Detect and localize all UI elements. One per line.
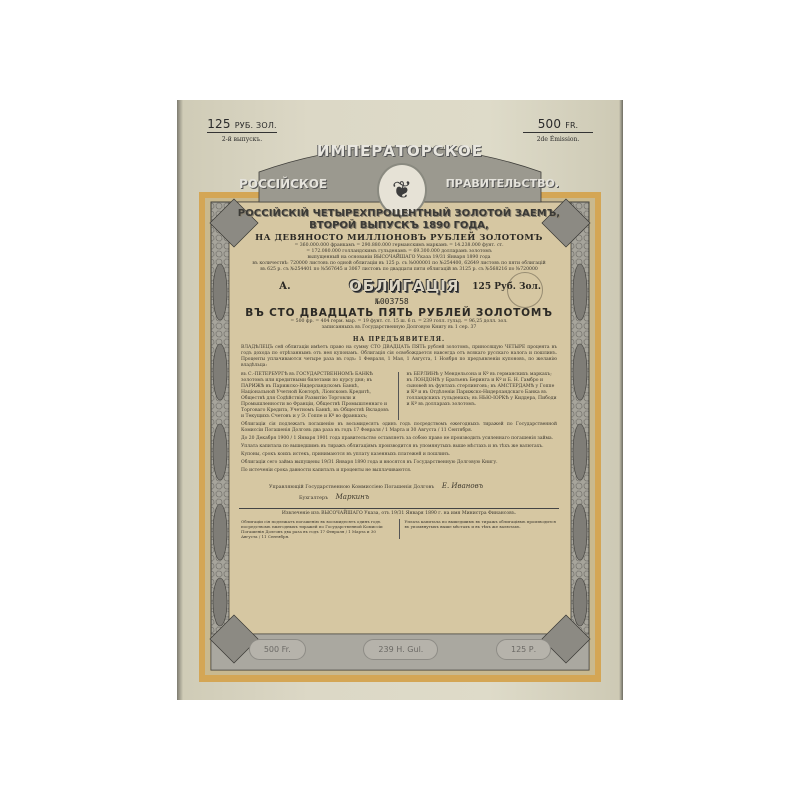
paying-agents-left: въ С.-ПЕТЕРБУРГѢ въ ГОСУДАРСТВЕННОМЪ БАН… [241,372,399,420]
manager-label: Управляющій Государственною Коммиссіею П… [269,485,434,490]
paying-agents-right: въ БЕРЛИНѢ у Мендельсона и Кº въ германс… [399,372,558,420]
terms-paragraph-6: По истеченіи срока давности капиталъ и п… [229,466,569,474]
amount-in-words: ВЪ СТО ДВАДЦАТЬ ПЯТЬ РУБЛЕЙ ЗОЛОТОМЪ [229,307,569,319]
arch-left-text: РОССІЙСКОЕ [239,177,327,191]
decree-extract-right: Уплата капитала по вышедшимъ въ тиражъ о… [400,519,558,539]
arch-right-text: ПРАВИТЕЛЬСТВО. [446,177,559,190]
header-arch: ИМПЕРАТОРСКОЕ РОССІЙСКОЕ ❦ ПРАВИТЕЛЬСТВО… [259,130,541,205]
bearer-heading: НА ПРЕДЪЯВИТЕЛЯ. [229,336,569,343]
manager-signature: Е. Ивановъ [442,482,483,490]
paying-agents: въ С.-ПЕТЕРБУРГѢ въ ГОСУДАРСТВЕННОМЪ БАН… [229,369,569,420]
photo-shadow-right [619,100,623,700]
terms-paragraph-5: Облигаціи сего займа выпущены 19/31 Янва… [229,458,569,466]
bottom-denom-center: 239 Н. Gul. [363,639,438,660]
numbering-line-2: въ 625 р. съ №254401 по №567645 и 3067 л… [229,267,569,273]
body-paragraph: ВЛАДѢЛЕЦЪ сей облигаціи имѣетъ право на … [229,343,569,369]
loan-title-line2: ВТОРОЙ ВЫПУСКЪ 1890 ГОДА, [229,220,569,231]
bottom-denom-right: 125 Р. [496,639,551,660]
loan-amount-heading: НА ДЕВЯНОСТО МИЛЛІОНОВЪ РУБЛЕЙ ЗОЛОТОМЪ [229,233,569,243]
arch-title: ИМПЕРАТОРСКОЕ [259,142,541,160]
bottom-denomination-band: 500 Fr. 239 Н. Gul. 125 Р. [220,633,580,665]
bottom-denom-left: 500 Fr. [249,639,306,660]
terms-paragraph-1: Облигаціи сія подлежатъ погашенію въ вос… [229,420,569,434]
obligation-title: ОБЛИГАЦІЯ [349,277,459,295]
cashier-label: Бухгалтеръ [299,496,328,501]
terms-paragraph-3: Уплата капитала по вышедшимъ въ тиражъ о… [229,442,569,450]
registered-note: записанныхъ въ Государственную Долговую … [229,325,569,331]
cashier-signature-line: Бухгалтеръ Маркинъ [229,490,569,501]
terms-paragraph-2: До 20 Декабря 1900 / 1 Января 1901 года … [229,434,569,442]
bond-body: РОССІЙСКІЙ ЧЕТЫРЕХПРОЦЕНТНЫЙ ЗОЛОТОЙ ЗАЕ… [229,202,569,541]
obligation-amount: 125 Руб. Зол. [472,282,541,292]
obligation-row: А. ОБЛИГАЦІЯ 125 Руб. Зол. [229,277,569,299]
photo-shadow-left [177,100,183,700]
manager-signature-line: Управляющій Государственною Коммиссіею П… [229,474,569,490]
divider [239,508,559,509]
decree-extract: Облигаціи сія подлежатъ погашенію въ вос… [229,517,569,541]
bond-photograph: 125 РУБ. ЗОЛ. 2-й выпускъ. 500 FR. 2de É… [177,100,623,700]
cashier-signature: Маркинъ [336,493,370,501]
decree-extract-left: Облигаціи сія подлежатъ погашенію въ вос… [241,519,400,539]
series-letter: А. [279,281,291,292]
terms-paragraph-4: Купоны, срокъ коихъ истекъ, принимаются … [229,450,569,458]
loan-title-line1: РОССІЙСКІЙ ЧЕТЫРЕХПРОЦЕНТНЫЙ ЗОЛОТОЙ ЗАЕ… [229,208,569,219]
